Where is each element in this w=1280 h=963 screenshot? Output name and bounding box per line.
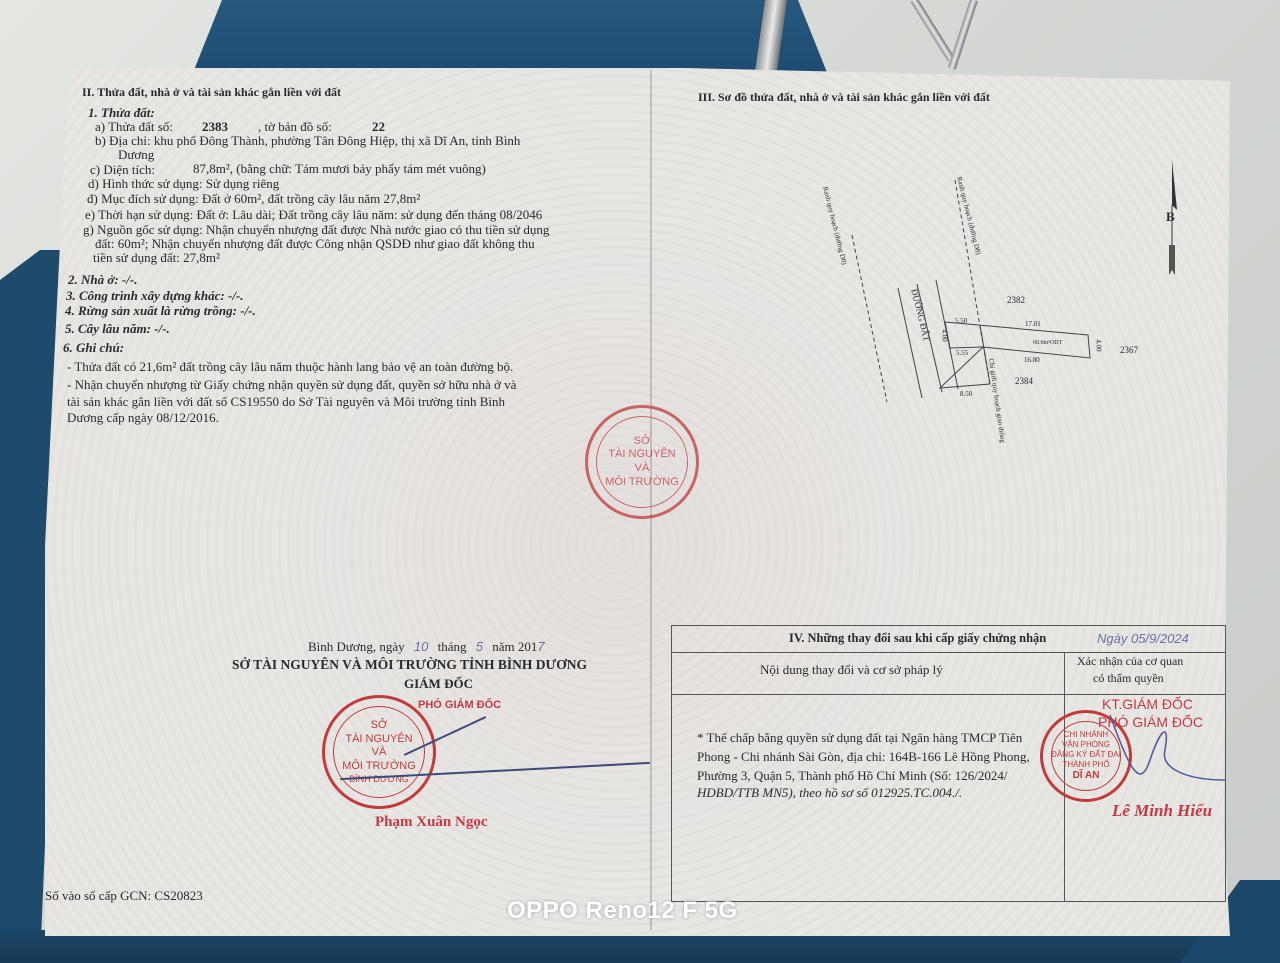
seal-text: TÀI NGUYÊN — [345, 733, 412, 747]
parcel-area-label: 60.0m²ODT — [1033, 340, 1062, 346]
seal-text: SỞ — [634, 435, 651, 449]
edge-length: 16.80 — [1024, 357, 1040, 364]
col-header-confirm: Xác nhận của cơ quan — [1077, 655, 1183, 667]
usage-origin-2: đất: 60m²; Nhận chuyển nhượng đất được C… — [95, 237, 535, 250]
edge-length: 4.00 — [941, 329, 948, 341]
faded-official-seal: SỞ TÀI NGUYÊN VÀ MÔI TRƯỜNG — [585, 405, 699, 519]
seal-text: TÀI NGUYÊN — [608, 448, 675, 462]
area-label: c) Diện tích: — [90, 163, 155, 176]
address: b) Địa chỉ: khu phố Đông Thành, phường T… — [95, 134, 520, 147]
date-year-digit: 7 — [537, 639, 544, 654]
confirm-title: KT.GIÁM ĐỐC — [1102, 697, 1193, 711]
edge-length: 8.50 — [960, 391, 972, 398]
map-sheet-label: , tờ bản đồ số: — [258, 120, 332, 133]
seal-text: VÀ — [372, 746, 387, 760]
date-prefix: Bình Dương, ngày — [308, 639, 405, 654]
director-title: GIÁM ĐỐC — [404, 677, 473, 690]
item2-house: 2. Nhà ở: -/-. — [68, 273, 137, 286]
seal-text: SỞ — [371, 719, 388, 733]
section-ii-title: II. Thửa đất, nhà ở và tài sản khác gắn … — [82, 86, 341, 98]
edge-length: 17.01 — [1025, 321, 1041, 328]
usage-form: d) Hình thức sử dụng: Sử dụng riêng — [88, 177, 279, 190]
area-value: 87,8m², (bằng chữ: Tám mươi bảy phẩy tám… — [193, 162, 486, 175]
neighbor-parcel: 2382 — [1007, 296, 1025, 305]
change-entry-line: HDBD/TTB MN5), theo hồ sơ số 012925.TC.0… — [697, 786, 962, 799]
handwritten-date: Ngày 05/9/2024 — [1097, 632, 1189, 645]
change-entry-line: * Thế chấp bằng quyền sử dụng đất tại Ng… — [697, 731, 1022, 744]
item1-title: 1. Thửa đất: — [88, 106, 155, 119]
camera-watermark: OPPO Reno12 F 5G — [507, 897, 738, 925]
date-year-label: năm 201 — [492, 639, 537, 654]
north-label: B — [1166, 210, 1175, 223]
col-header-confirm: có thẩm quyền — [1093, 672, 1164, 684]
col-header-content: Nội dung thay đổi và cơ sở pháp lý — [760, 663, 943, 676]
seal-text: MÔI TRƯỜNG — [342, 760, 416, 774]
section-iii-title: III. Sơ đồ thửa đất, nhà ở và tài sản kh… — [698, 91, 990, 103]
seal-text: MÔI TRƯỜNG — [605, 476, 679, 490]
north-arrow-icon — [1160, 160, 1190, 280]
confirm-signer: Lê Minh Hiếu — [1112, 802, 1212, 819]
parcel-number: 2383 — [202, 120, 228, 133]
signature-stroke — [1090, 710, 1230, 790]
change-entry-line: Phong - Chi nhánh Sài Gòn, địa chỉ: 164B… — [697, 750, 1030, 763]
usage-term: e) Thời hạn sử dụng: Đất ở: Lâu dài; Đất… — [85, 208, 542, 221]
note-1: - Thửa đất có 21,6m² đất trồng cây lâu n… — [67, 360, 513, 373]
address-cont: Dương — [118, 148, 154, 161]
issuing-agency: SỞ TÀI NGUYÊN VÀ MÔI TRƯỜNG TỈNH BÌNH DƯ… — [232, 658, 587, 672]
seal-text: VÀ — [635, 462, 650, 476]
department-seal: SỞ TÀI NGUYÊN VÀ MÔI TRƯỜNG BÌNH DƯƠNG — [322, 695, 436, 809]
deputy-director-stamp: PHÓ GIÁM ĐỐC — [418, 700, 501, 711]
item4-forest: 4. Rừng sản xuất là rừng trồng: -/-. — [65, 304, 256, 317]
issue-date-line: Bình Dương, ngày 10 tháng 5 năm 2017 — [308, 640, 545, 653]
date-month-label: tháng — [438, 639, 467, 654]
change-entry-line: Phường 3, Quận 5, Thành phố Hồ Chí Minh … — [697, 769, 1008, 782]
edge-length: 4.00 — [1095, 339, 1102, 351]
usage-origin-3: tiền sử dụng đất: 27,8m² — [93, 251, 220, 264]
usage-origin-1: g) Nguồn gốc sử dụng: Nhận chuyển nhượng… — [83, 223, 549, 236]
item6-notes-title: 6. Ghi chú: — [63, 341, 124, 354]
date-day: 10 — [414, 639, 428, 654]
signer-name: Phạm Xuân Ngọc — [375, 815, 488, 830]
usage-purpose: đ) Mục đích sử dụng: Đất ở 60m², đất trồ… — [87, 192, 420, 205]
note-2-line2: tài sản khác gắn liền với đất số CS19550… — [67, 395, 505, 408]
register-number: Số vào sổ cấp GCN: CS20823 — [45, 889, 203, 902]
date-month: 5 — [476, 639, 483, 654]
neighbor-parcel: 2384 — [1015, 377, 1033, 386]
note-2-line3: Dương cấp ngày 08/12/2016. — [67, 411, 219, 424]
neighbor-parcel: 2367 — [1120, 346, 1138, 355]
edge-length: 5.50 — [955, 318, 967, 325]
edge-length: 5.55 — [956, 350, 968, 357]
map-sheet-number: 22 — [372, 120, 385, 133]
note-2-line1: - Nhận chuyển nhượng từ Giấy chứng nhận … — [67, 378, 516, 391]
item3-construction: 3. Công trình xây dựng khác: -/-. — [66, 289, 244, 302]
changes-title: IV. Những thay đổi sau khi cấp giấy chứn… — [789, 632, 1046, 645]
item5-perennial: 5. Cây lâu năm: -/-. — [65, 322, 170, 335]
parcel-number-label: a) Thửa đất số: — [95, 120, 173, 133]
